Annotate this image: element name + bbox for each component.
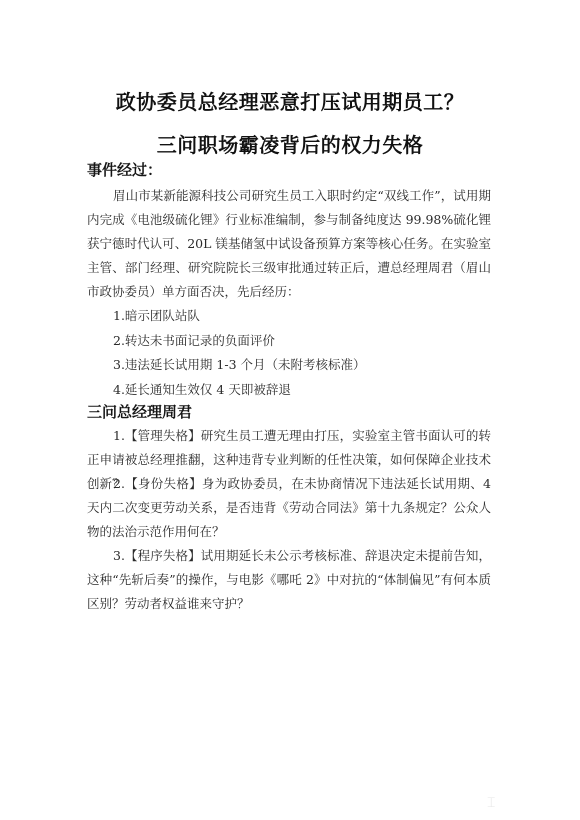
question-paragraph: 2.【身份失格】身为政协委员，在未协商情况下违法延长试用期、4 天内二次变更劳动… <box>87 472 491 544</box>
document-title-line1: 政协委员总经理恶意打压试用期员工？ <box>0 86 580 115</box>
incident-intro-paragraph: 眉山市某新能源科技公司研究生员工入职时约定“双线工作”，试用期内完成《电池级硫化… <box>87 184 491 304</box>
question-paragraph: 3.【程序失格】试用期延长未公示考核标准、辞退决定未提前告知，这种“先斩后奏”的… <box>87 544 491 616</box>
incident-list-item: 2.转达未书面记录的负面评价 <box>113 329 366 354</box>
incident-list-item: 4.延长通知生效仅 4 天即被辞退 <box>113 378 366 403</box>
section-heading-three-questions: 三问总经理周君 <box>87 401 192 422</box>
incident-list-item: 1.暗示团队站队 <box>113 304 366 329</box>
incident-list: 1.暗示团队站队 2.转达未书面记录的负面评价 3.违法延长试用期 1-3 个月… <box>113 304 366 402</box>
document-title-line2: 三问职场霸凌背后的权力失格 <box>0 129 580 158</box>
incident-list-item: 3.违法延长试用期 1-3 个月（未附考核标准） <box>113 353 366 378</box>
section-heading-incident: 事件经过： <box>87 159 162 180</box>
watermark-icon: ⌶ <box>487 795 505 811</box>
document-page: 政协委员总经理恶意打压试用期员工？ 三问职场霸凌背后的权力失格 事件经过： 眉山… <box>0 0 580 820</box>
